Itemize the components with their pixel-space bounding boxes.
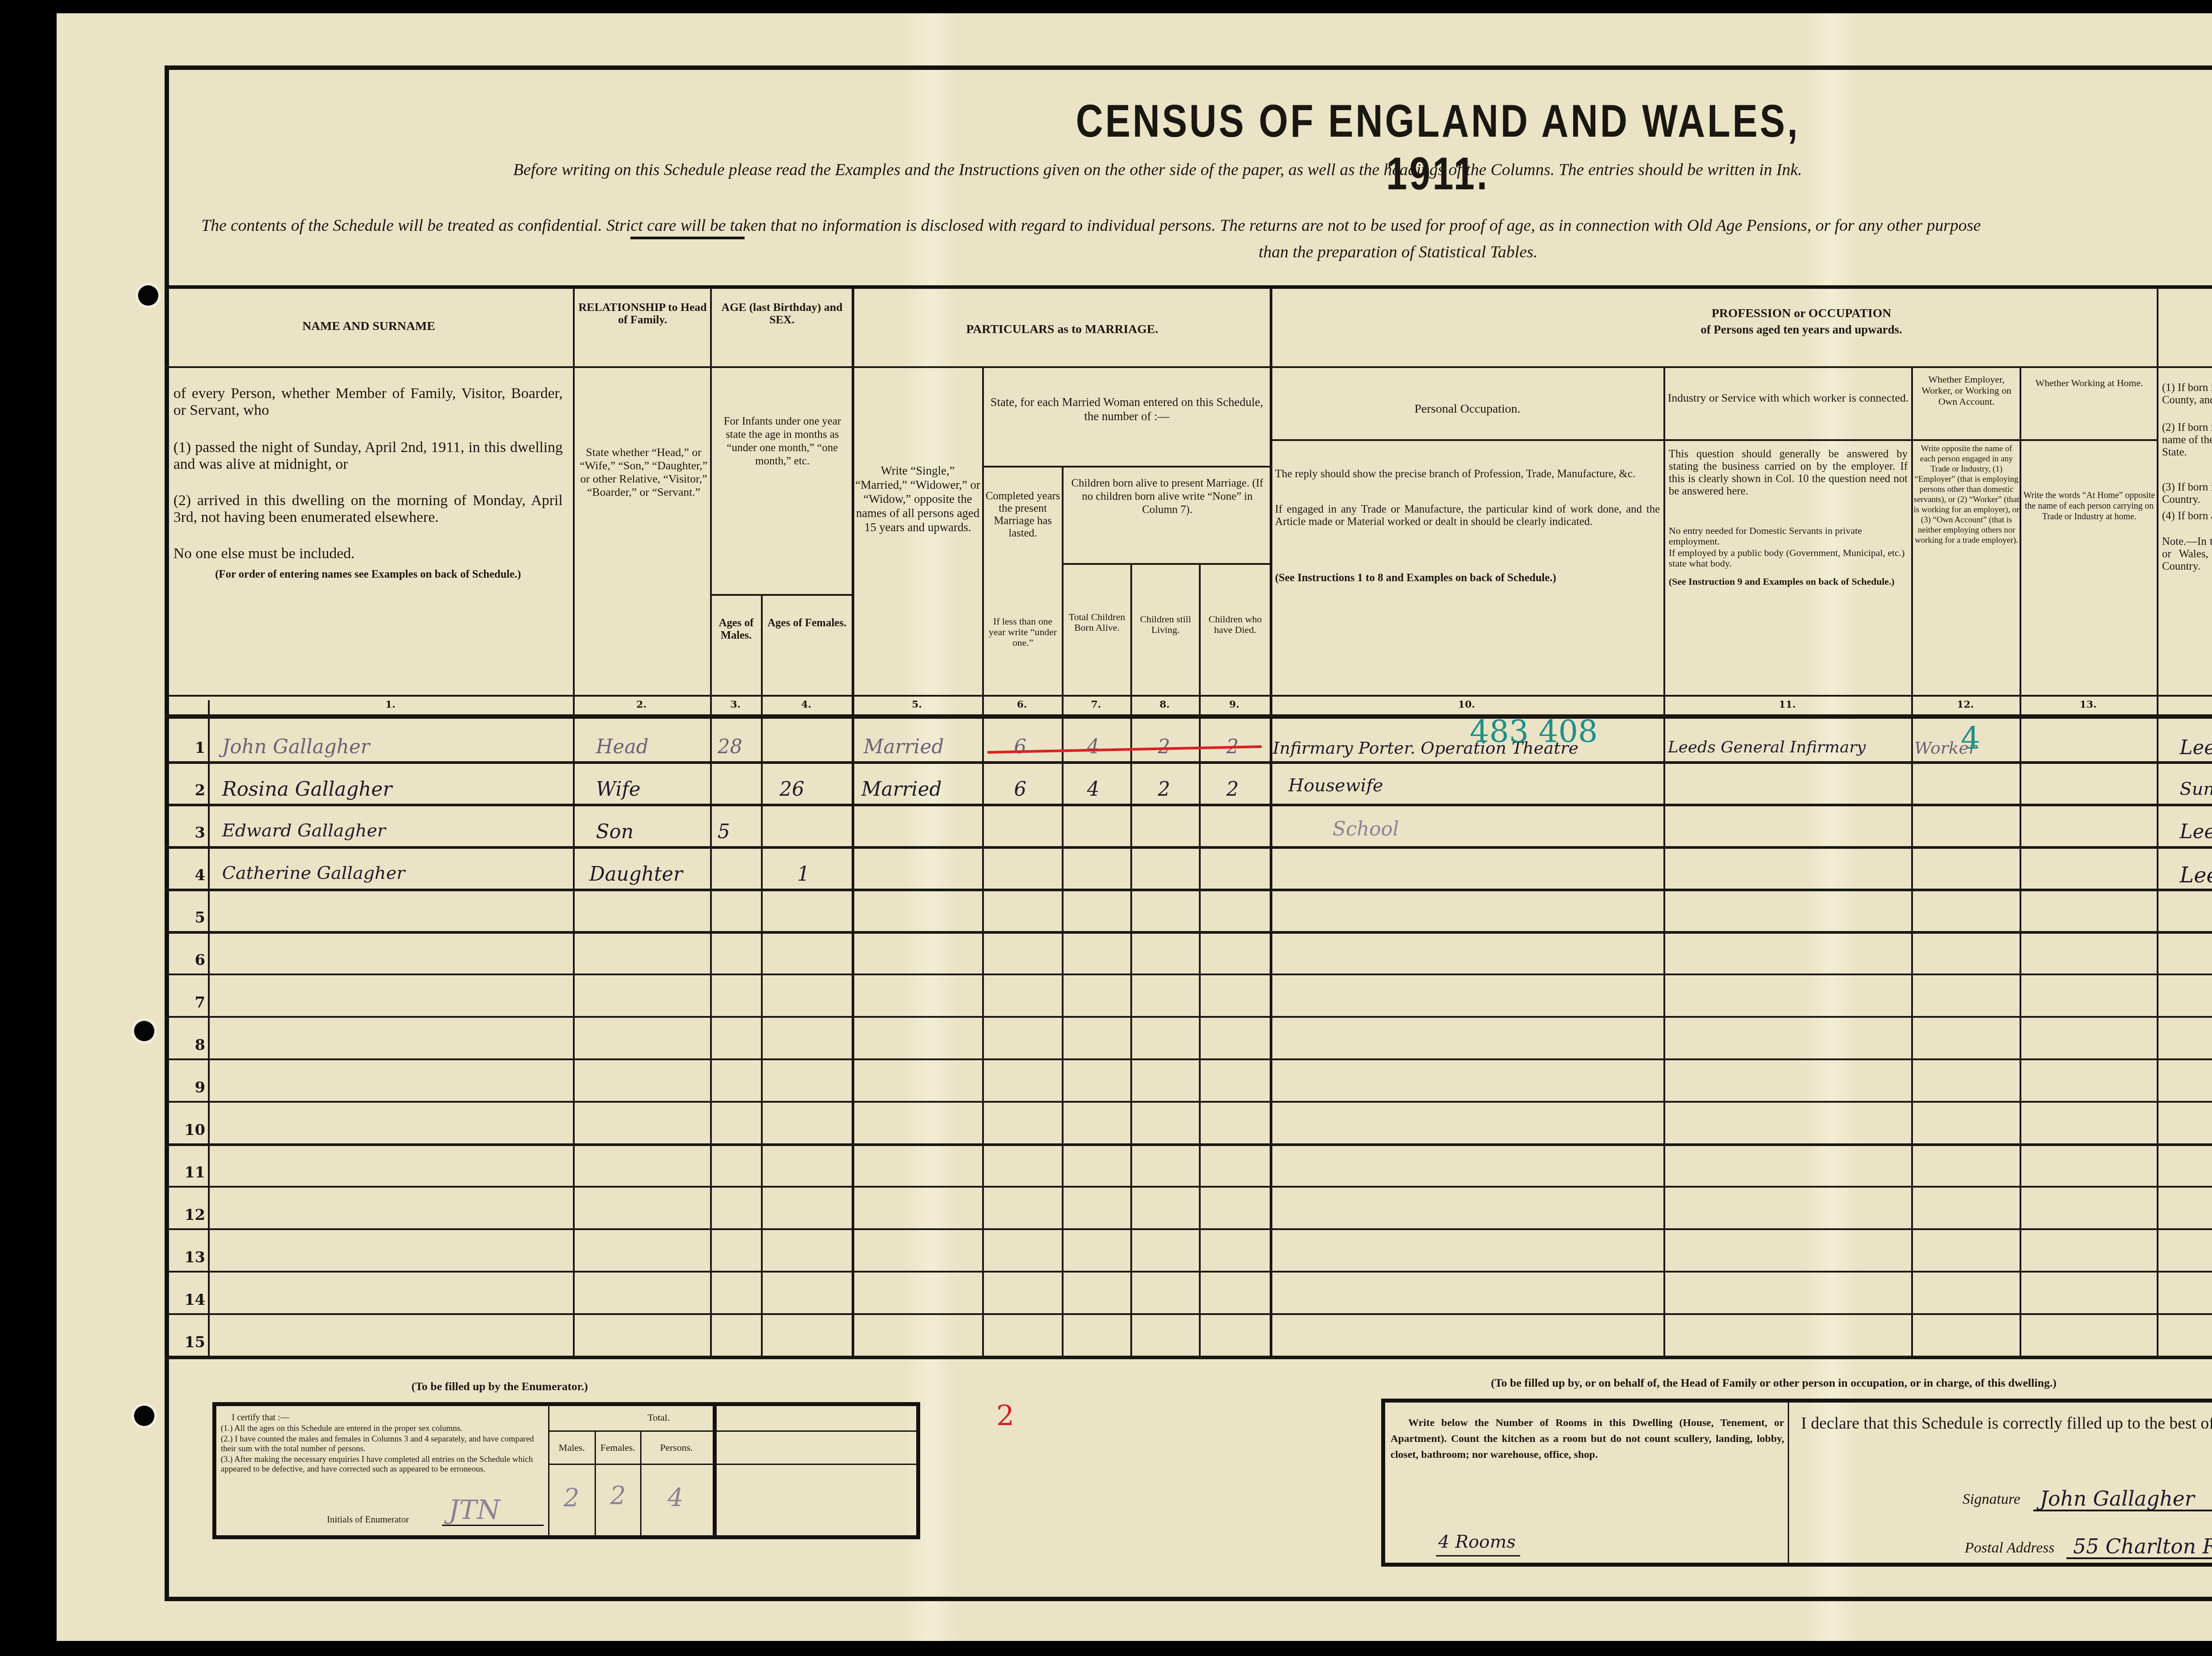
header-name-body-1: of every Person, whether Member of Famil… xyxy=(173,385,563,419)
cell-birthplace[interactable]: Leeds Yorkshire xyxy=(2180,863,2212,888)
header-relationship-title: RELATIONSHIP to Head of Family. xyxy=(575,301,710,326)
cell-relationship[interactable]: Daughter xyxy=(589,863,683,885)
header-children-total: Total Children Born Alive. xyxy=(1064,612,1130,633)
row-number: 13 xyxy=(165,1249,205,1266)
page-title: CENSUS OF ENGLAND AND WALES, 1911. xyxy=(1021,95,1855,200)
header-age-body: For Infants under one year state the age… xyxy=(713,415,852,468)
rule xyxy=(548,1464,920,1465)
row-number: 9 xyxy=(165,1079,205,1096)
header-industry-body-2: No entry needed for Domestic Servants in… xyxy=(1669,525,1908,547)
column-number: 5. xyxy=(852,699,982,710)
row-number: 10 xyxy=(165,1121,205,1139)
employment-code: 4 xyxy=(1961,720,1981,756)
signature-label: Signature xyxy=(1962,1491,2020,1508)
row-number: 14 xyxy=(165,1291,205,1309)
cell-birthplace[interactable]: Leeds, Yorkshire xyxy=(2180,736,2212,759)
enumerator-c3: (3.) After making the necessary enquirie… xyxy=(221,1455,544,1474)
householder-box: Write below the Number of Rooms in this … xyxy=(1381,1399,2212,1567)
row-rule xyxy=(165,1271,2212,1273)
cell-industry[interactable]: Leeds General Infirmary xyxy=(1668,738,1866,756)
header-name-title: NAME AND SURNAME xyxy=(165,319,573,334)
header-children-living: Children still Living. xyxy=(1132,614,1199,635)
rule xyxy=(852,289,854,1359)
address-label: Postal Address xyxy=(1965,1540,2055,1556)
cell-name[interactable]: Catherine Gallagher xyxy=(222,863,405,883)
header-industry: Industry or Service with which worker is… xyxy=(1667,391,1910,405)
header-personal-occupation: Personal Occupation. xyxy=(1273,402,1662,417)
initials-label: Initials of Enumerator xyxy=(327,1514,409,1525)
row-number: 4 xyxy=(165,866,205,884)
rule xyxy=(573,289,575,1359)
column-number: 3. xyxy=(710,699,761,710)
rooms-instruction: Write below the Number of Rooms in this … xyxy=(1390,1415,1784,1463)
cell-age-female[interactable]: 1 xyxy=(797,863,810,885)
row-rule xyxy=(165,761,2212,764)
header-employer: Whether Employer, Worker, or Working on … xyxy=(1913,374,2020,407)
header-personal-body-2: If engaged in any Trade or Manufacture, … xyxy=(1275,503,1660,528)
row-rule xyxy=(165,1143,2212,1146)
header-birthplace-b4: (4) If born at sea, write “At Sea.” xyxy=(2162,510,2212,522)
row-rule xyxy=(165,931,2212,934)
females-label: Females. xyxy=(595,1442,640,1453)
total-males[interactable]: 2 xyxy=(564,1483,580,1512)
enumerator-c2: (2.) I have counted the males and female… xyxy=(221,1434,544,1454)
header-name-body-4: No one else must be included. xyxy=(173,545,563,562)
signature-value[interactable]: John Gallagher xyxy=(2040,1487,2194,1510)
row-number: 11 xyxy=(165,1164,205,1181)
header-age-females: Ages of Females. xyxy=(763,617,851,629)
row-rule xyxy=(165,804,2212,806)
header-age-title: AGE (last Birthday) and SEX. xyxy=(712,301,852,326)
rooms-value[interactable]: 4 Rooms xyxy=(1438,1532,1516,1552)
cell-birthplace[interactable]: Sunderland, Durham xyxy=(2180,779,2212,799)
rule xyxy=(165,714,2212,719)
punch-hole-icon xyxy=(134,1021,154,1041)
enumerator-certify: I certify that :— xyxy=(232,1412,289,1423)
cell-age-male[interactable]: 5 xyxy=(718,820,730,843)
header-marriage-state: State, for each Married Woman entered on… xyxy=(985,395,1268,423)
header-personal-body-3: (See Instructions 1 to 8 and Examples on… xyxy=(1275,572,1660,584)
cell-relationship[interactable]: Head xyxy=(596,736,649,758)
header-employer-body: Write opposite the name of each person e… xyxy=(1913,444,2020,545)
header-children-died: Children who have Died. xyxy=(1201,614,1270,635)
header-birthplace-b2: (2) If born in any other part of the Bri… xyxy=(2162,422,2212,459)
rule xyxy=(1130,563,1132,1359)
enumerator-heading: (To be filled up by the Enumerator.) xyxy=(411,1380,588,1393)
row-number: 1 xyxy=(165,739,205,757)
column-number: 7. xyxy=(1062,699,1130,710)
rule xyxy=(1663,368,1665,1359)
row-number: 2 xyxy=(165,782,205,799)
rule xyxy=(208,700,210,1359)
header-marriage-children: Children born alive to present Marriage.… xyxy=(1065,477,1270,517)
total-persons[interactable]: 4 xyxy=(668,1483,684,1512)
total-label: Total. xyxy=(614,1412,703,1423)
column-number: 11. xyxy=(1663,699,1911,710)
declaration: I declare that this Schedule is correctl… xyxy=(1801,1415,2212,1432)
column-number: 9. xyxy=(1199,699,1270,710)
rule xyxy=(2020,368,2021,1359)
males-label: Males. xyxy=(549,1442,595,1453)
punch-hole-icon xyxy=(138,285,158,306)
census-table: NAME AND SURNAME of every Person, whethe… xyxy=(165,285,2212,1359)
rule xyxy=(1062,563,1270,565)
rule xyxy=(2020,439,2157,441)
row-number: 7 xyxy=(165,994,205,1012)
rule xyxy=(1199,563,1201,1359)
rule xyxy=(710,594,852,596)
header-profession-title: PROFESSION or OCCUPATION xyxy=(1492,307,2111,321)
row-rule xyxy=(165,974,2212,975)
householder-heading: (To be filled up by, or on behalf of, th… xyxy=(1491,1376,2056,1390)
cell-children-born[interactable]: 4 xyxy=(1087,778,1099,801)
cell-name[interactable]: John Gallagher xyxy=(222,736,370,758)
header-marriage-write: Write “Single,” “Married,” “Widower,” or… xyxy=(855,464,981,534)
header-relationship-body: State whether “Head,” or “Wife,” “Son,” … xyxy=(580,446,708,499)
cell-condition[interactable]: Married xyxy=(861,778,942,801)
cell-children-died[interactable]: 2 xyxy=(1226,778,1239,801)
cell-age-male[interactable]: 28 xyxy=(718,736,742,758)
cell-condition[interactable]: Married xyxy=(864,736,944,758)
column-number: 12. xyxy=(1911,699,2020,710)
row-rule xyxy=(165,1058,2212,1060)
header-name-body-3: (2) arrived in this dwelling on the morn… xyxy=(173,492,563,526)
header-marriage-title: PARTICULARS as to MARRIAGE. xyxy=(855,322,1270,337)
cell-children-living[interactable]: 2 xyxy=(1158,778,1170,801)
cell-name[interactable]: Rosina Gallagher xyxy=(222,778,392,801)
enumerator-box: I certify that :— (1.) All the ages on t… xyxy=(212,1402,920,1539)
cell-age-female[interactable]: 26 xyxy=(780,778,804,801)
header-home-body: Write the words “At Home” opposite the n… xyxy=(2022,490,2157,522)
header-birthplace-b1: (1) If born in the United Kingdom, write… xyxy=(2162,382,2212,406)
header-industry-body-1: This question should generally be answer… xyxy=(1669,448,1908,498)
rule xyxy=(1788,1403,1789,1563)
header-industry-body-4: (See Instruction 9 and Examples on back … xyxy=(1669,576,1908,587)
header-marriage-completed: Completed years the present Marriage has… xyxy=(984,490,1062,540)
column-number: 6. xyxy=(982,699,1062,710)
cell-name[interactable]: Edward Gallagher xyxy=(222,820,386,841)
rule xyxy=(1911,368,1913,1359)
confidential-line: The contents of the Schedule will be tre… xyxy=(201,216,1981,235)
enumerator-c1: (1.) All the ages on this Schedule are e… xyxy=(221,1424,544,1434)
column-number: 14. xyxy=(2157,699,2212,710)
total-females[interactable]: 2 xyxy=(610,1481,626,1510)
row-rule xyxy=(165,1356,2212,1359)
rule xyxy=(982,466,1270,468)
row-number: 8 xyxy=(165,1036,205,1054)
row-number: 5 xyxy=(165,909,205,927)
column-number: 10. xyxy=(1270,699,1663,710)
confidential-line-2: than the preparation of Statistical Tabl… xyxy=(1259,242,1538,262)
row-number: 12 xyxy=(165,1206,205,1224)
column-number: 13. xyxy=(2020,699,2157,710)
header-personal-body-1: The reply should show the precise branch… xyxy=(1275,468,1660,480)
header-name-body-5: (For order of entering names see Example… xyxy=(173,568,563,581)
column-number: 4. xyxy=(761,699,852,710)
row-rule xyxy=(165,1228,2212,1230)
header-name-body-2: (1) passed the night of Sunday, April 2n… xyxy=(173,439,563,473)
occupation-code: 483 408 xyxy=(1470,713,1598,750)
header-birthplace-b3: (3) If born in a Foreign Country, write … xyxy=(2162,481,2212,506)
rule xyxy=(548,1406,549,1535)
red-mark: 2 xyxy=(996,1400,1014,1433)
rule xyxy=(1062,466,1064,1359)
cell-birthplace[interactable]: Leeds, Yorkshire xyxy=(2180,820,2212,843)
initials-value[interactable]: JTN xyxy=(449,1495,500,1526)
header-birthplace-note: Note.—In the case of persons born elsewh… xyxy=(2162,536,2212,573)
cell-occupation[interactable]: School xyxy=(1333,818,1399,840)
cell-occupation[interactable]: Housewife xyxy=(1288,775,1383,796)
cell-children-born[interactable]: 4 xyxy=(1087,736,1099,758)
header-home: Whether Working at Home. xyxy=(2022,377,2157,388)
cell-years-married[interactable]: 6 xyxy=(1014,736,1026,758)
rule xyxy=(713,1402,717,1539)
column-number: 8. xyxy=(1130,699,1199,710)
cell-relationship[interactable]: Son xyxy=(596,820,634,843)
persons-label: Persons. xyxy=(641,1442,712,1453)
rule xyxy=(165,366,2212,368)
address-value[interactable]: 55 Charlton Road, Leeds. xyxy=(2073,1534,2212,1558)
row-rule xyxy=(165,1186,2212,1188)
cell-relationship[interactable]: Wife xyxy=(596,778,641,801)
header-marriage-completed-note: If less than one year write “under one.” xyxy=(984,616,1062,648)
rule xyxy=(1270,289,1272,1359)
row-rule xyxy=(165,1313,2212,1315)
punch-hole-icon xyxy=(134,1406,154,1426)
header-industry-body-3: If employed by a public body (Government… xyxy=(1669,548,1908,569)
row-number: 6 xyxy=(165,951,205,969)
row-rule xyxy=(165,1101,2212,1103)
header-profession-subtitle: of Persons aged ten years and upwards. xyxy=(1492,322,2111,337)
confidential-underline xyxy=(630,237,745,239)
column-number: 2. xyxy=(573,699,710,710)
row-rule xyxy=(165,889,2212,891)
rule xyxy=(165,695,2212,697)
header-birthplace-title: BIRTHPLACE of every person. xyxy=(2159,311,2212,325)
instruction-line: Before writing on this Schedule please r… xyxy=(513,160,1802,180)
row-rule xyxy=(165,846,2212,849)
row-number: 15 xyxy=(165,1334,205,1351)
row-number: 3 xyxy=(165,824,205,842)
rule xyxy=(710,289,712,1359)
column-number: 1. xyxy=(208,699,573,710)
rule xyxy=(2157,289,2158,1359)
rule xyxy=(548,1430,920,1432)
header-age-males: Ages of Males. xyxy=(711,617,761,642)
cell-years-married[interactable]: 6 xyxy=(1014,778,1026,801)
red-strikethrough xyxy=(987,745,1262,754)
row-rule xyxy=(165,1016,2212,1018)
rooms-line xyxy=(1436,1555,1520,1556)
